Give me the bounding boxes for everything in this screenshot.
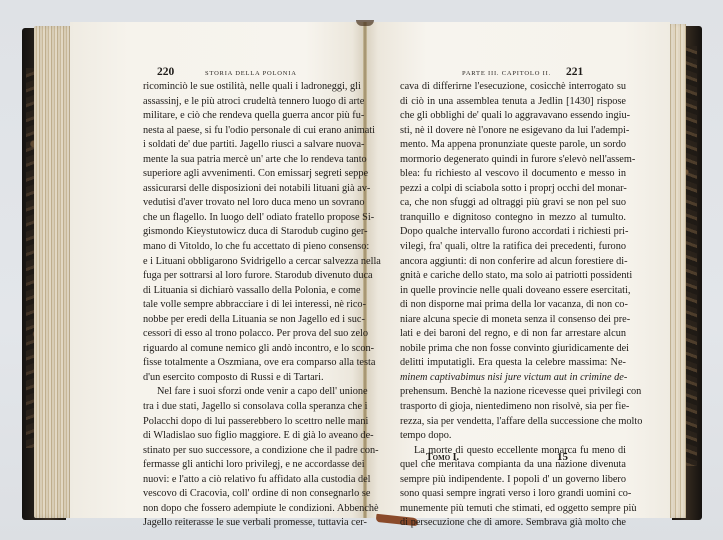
text-line: nuovi: e l'atto a ciò relativo fu affida… [143, 473, 355, 488]
text-line: ancora aggiunti: di non conferire ad alc… [400, 255, 626, 270]
text-line: superiore agli avvenimenti. Con emissarj… [143, 167, 355, 182]
left-page-text: ricominciò le sue ostilità, nelle quali … [143, 80, 355, 531]
text-line: ricominciò le sue ostilità, nelle quali … [143, 80, 355, 95]
text-line: niare alcuna specie di moneta senza il c… [400, 313, 626, 328]
text-line: Polacchi dopo di lui passerebbero lo sce… [143, 415, 355, 430]
open-book: 220 STORIA DELLA POLONIA ricominciò le s… [0, 0, 723, 540]
text-line: vedutisi d'aver trovato nel loro duca me… [143, 196, 355, 211]
text-line: tranquillo e dignitoso contegno in mezzo… [400, 211, 626, 226]
text-line: lati e dei baroni del regno, e di non fa… [400, 327, 626, 342]
text-line: fermasse gli antichi loro privilegj, e n… [143, 458, 355, 473]
text-line: mente la sua patria mercè un' arte che l… [143, 153, 355, 168]
text-line: assassinj, e le più atroci crudeltà tenn… [143, 95, 355, 110]
text-line: prehensum. Benchè la nazione ricevesse q… [400, 385, 626, 400]
text-line: che gli obblighi de' quali lo aggravavan… [400, 109, 626, 124]
text-line: sti, nè il dovere nè l'onore ne esigevan… [400, 124, 626, 139]
text-line: fuga per sottrarsi al loro furore. Staro… [143, 269, 355, 284]
right-page-number: 221 [566, 66, 583, 78]
text-line: Nel fare i suoi sforzi onde venir a capo… [143, 385, 355, 400]
text-line: rezza, sia per vendetta, l'affare della … [400, 415, 626, 430]
text-line: nesta al paese, si fu l'odio personale d… [143, 124, 355, 139]
text-line: sono quasi sempre ingrati verso i loro g… [400, 487, 626, 502]
text-line: tale volle sempre abbracciare i di lei i… [143, 298, 355, 313]
text-line: mormorio degenerato quindi in furore s'e… [400, 153, 626, 168]
text-line: tra i due stati, Jagello si consolava co… [143, 400, 355, 415]
text-line: di non disporne mai prima della lor vaca… [400, 298, 626, 313]
left-page-stack [34, 26, 74, 518]
text-line: in quelle provincie nelle quali doveano … [400, 284, 626, 299]
text-line: sempre più indipendente. I popoli d' un … [400, 473, 626, 488]
text-line: trasporto di gioja, nientedimeno non ris… [400, 400, 626, 415]
text-line: tempo dopo. [400, 429, 626, 444]
text-line: militare, e ciò che rendeva quella guerr… [143, 109, 355, 124]
text-line: blea: fu richiesto al vescovo il documen… [400, 167, 626, 182]
text-line-latin-maxim: minem captivabimus nisi jure victum aut … [400, 371, 626, 386]
text-line: delitti imputatigli. Era questa la celeb… [400, 356, 626, 371]
right-page-stack [668, 24, 686, 518]
text-line: gnità e cariche dello stato, ma solo ai … [400, 269, 626, 284]
text-line: mento. Ma appena pronunziate queste paro… [400, 138, 626, 153]
text-line: nobbe per eredi della Lituania se non Ja… [143, 313, 355, 328]
signature-number: 15 [557, 451, 568, 463]
left-page-number: 220 [157, 66, 174, 78]
text-line: mano di Vitoldo, lo che fu accettato di … [143, 240, 355, 255]
text-line: assicurarsi delle disposizioni dei notab… [143, 182, 355, 197]
text-line: ca, che non sfuggì ad oltraggi più gravi… [400, 196, 626, 211]
text-line: pezzi a colpi di sciabola sotto i proprj… [400, 182, 626, 197]
text-line: nobile prima che non fosse convinto giur… [400, 342, 626, 357]
right-running-head: PARTE III. CAPITOLO II. [462, 70, 551, 77]
text-line: i soldati de' due partiti. Jagello riusc… [143, 138, 355, 153]
text-line: cessori di esso al trono polacco. Per pr… [143, 327, 355, 342]
text-line: vescovo di Cracovia, coll' ordine di non… [143, 487, 355, 502]
text-line: e i Lituani obbligarono Svidrigello a ce… [143, 255, 355, 270]
text-line: munemente più temuti che stimati, ed ogg… [400, 502, 626, 517]
text-line: Jagello reiterasse le sue verbali promes… [143, 516, 355, 531]
text-line: cava di differirne l'esecuzione, cosicch… [400, 80, 626, 95]
text-line: non dopo che fossero adempiute le condiz… [143, 502, 355, 517]
text-line: di ciò in una assemblea tenuta a Jedlin … [400, 95, 626, 110]
text-line: di persecuzione che di amore. Sembrava g… [400, 516, 626, 531]
text-line: vilegi, fra' quali, oltre la ratifica de… [400, 240, 626, 255]
text-line: fisse totalmente a Oszmiana, ove era com… [143, 356, 355, 371]
text-line: d'un esercito composto di Russi e di Tar… [143, 371, 355, 386]
text-line: che un flagello. In luogo dell' odiato f… [143, 211, 355, 226]
signature-mark: Tomo I. [426, 452, 459, 463]
right-page-text: cava di differirne l'esecuzione, cosicch… [400, 80, 626, 531]
text-line: di Wladislao suo figlio maggiore. E di g… [143, 429, 355, 444]
text-line: gismondo Kieystutowicz duca di Starodub … [143, 225, 355, 240]
text-line: riguardo al comune nemico gli andò incon… [143, 342, 355, 357]
text-line: di Lituania si dichiarò vassallo della P… [143, 284, 355, 299]
text-line: stinato per suo successore, a condizione… [143, 444, 355, 459]
text-line: Dopo qualche intervallo furono accordati… [400, 225, 626, 240]
left-running-head: STORIA DELLA POLONIA [205, 70, 297, 77]
